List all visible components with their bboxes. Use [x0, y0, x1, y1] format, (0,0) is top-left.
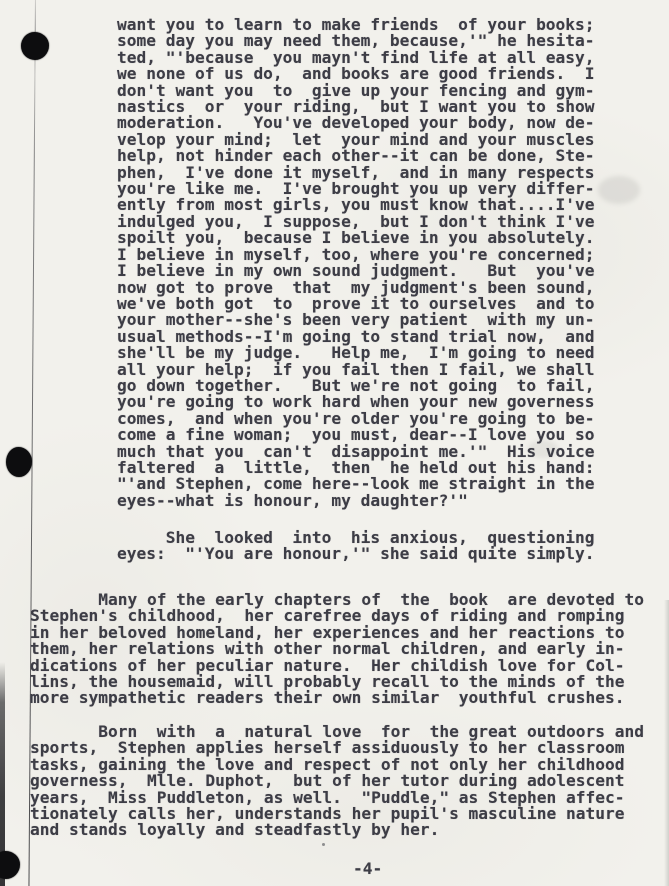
hole-punch-icon [0, 851, 20, 879]
review-paragraph-childhood: Many of the early chapters of the book a… [30, 592, 644, 707]
page-number: -4- [353, 861, 382, 877]
hole-punch-icon [6, 447, 32, 477]
book-quote-closing-lines: She looked into his anxious, questioning… [117, 530, 595, 563]
scan-edge-shadow-right [664, 600, 669, 886]
scanned-typewritten-page: want you to learn to make friends of you… [0, 0, 669, 886]
review-paragraph-education: Born with a natural love for the great o… [30, 724, 644, 839]
ink-speck [322, 843, 325, 846]
hole-punch-icon [21, 32, 49, 60]
scan-smudge [598, 176, 640, 204]
book-quote-excerpt: want you to learn to make friends of you… [117, 17, 595, 509]
